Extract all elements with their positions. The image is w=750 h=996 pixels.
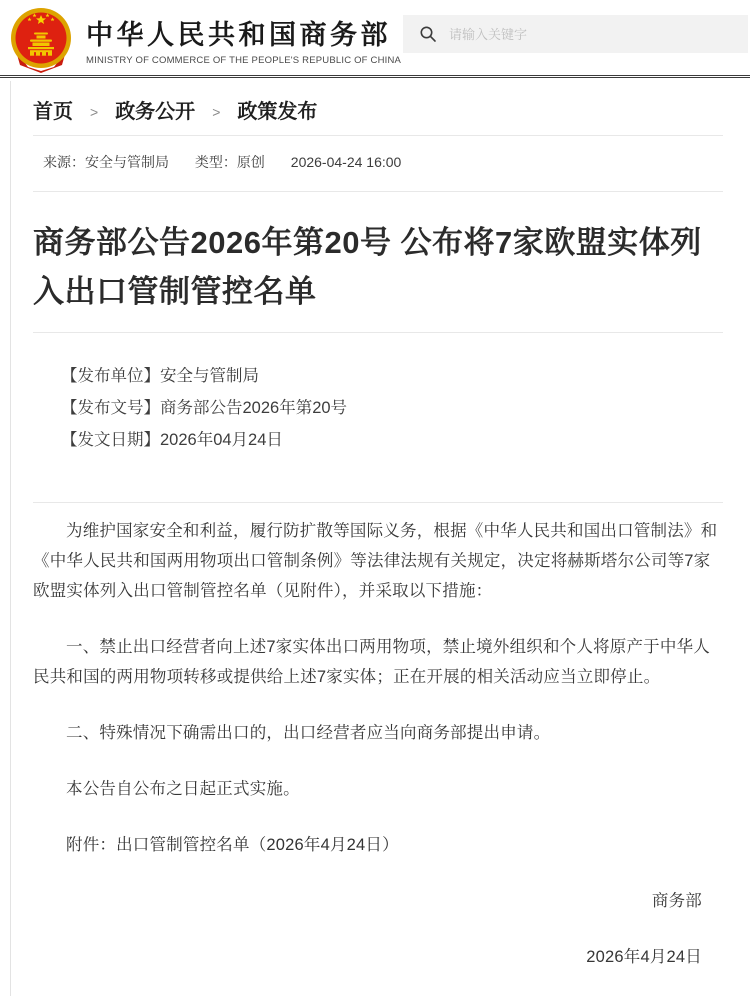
article-body: 为维护国家安全和利益，履行防扩散等国际义务，根据《中华人民共和国出口管制法》和《… <box>33 503 723 972</box>
info-line-issuing-unit: 【发布单位】安全与管制局 <box>61 360 723 392</box>
site-subtitle-en: MINISTRY OF COMMERCE OF THE PEOPLE'S REP… <box>86 55 401 66</box>
article-info-block: 【发布单位】安全与管制局 【发布文号】商务部公告2026年第20号 【发文日期】… <box>33 333 723 456</box>
paragraph-measure-1: 一、禁止出口经营者向上述7家实体出口两用物项，禁止境外组织和个人将原产于中华人民… <box>33 632 723 692</box>
national-emblem-logo <box>8 7 74 73</box>
left-border-line <box>10 81 11 996</box>
meta-type-value: 原创 <box>237 154 265 170</box>
meta-source-label: 来源： <box>43 154 85 170</box>
article-title: 商务部公告2026年第20号 公布将7家欧盟实体列入出口管制管控名单 <box>33 218 723 316</box>
breadcrumb: 首页 > 政务公开 > 政策发布 <box>33 78 723 135</box>
article-meta: 来源：安全与管制局 类型：原创 2026-04-24 16:00 <box>33 136 723 191</box>
search-box[interactable] <box>403 15 748 53</box>
breadcrumb-item-home[interactable]: 首页 <box>33 101 73 123</box>
breadcrumb-item-policy-release[interactable]: 政策发布 <box>237 101 317 123</box>
spacer <box>33 456 723 502</box>
attachment-link[interactable]: 附件：出口管制管控名单（2026年4月24日） <box>33 830 723 860</box>
meta-type: 类型：原创 <box>195 154 265 170</box>
site-title: 中华人民共和国商务部 <box>86 20 401 50</box>
meta-datetime: 2026-04-24 16:00 <box>291 154 402 170</box>
meta-source: 来源：安全与管制局 <box>43 154 169 170</box>
meta-source-value: 安全与管制局 <box>85 154 169 170</box>
brand-text: 中华人民共和国商务部 MINISTRY OF COMMERCE OF THE P… <box>86 14 401 66</box>
search-input[interactable] <box>449 27 736 42</box>
article-page: 首页 > 政务公开 > 政策发布 来源：安全与管制局 类型：原创 2026-04… <box>33 78 723 972</box>
meta-type-label: 类型： <box>195 154 237 170</box>
paragraph-effective: 本公告自公布之日起正式实施。 <box>33 774 723 804</box>
site-brand[interactable]: 中华人民共和国商务部 MINISTRY OF COMMERCE OF THE P… <box>8 7 401 73</box>
site-header: 中华人民共和国商务部 MINISTRY OF COMMERCE OF THE P… <box>0 0 750 78</box>
signature-date: 2026年4月24日 <box>33 942 702 972</box>
signature-name: 商务部 <box>33 886 702 916</box>
signature-block: 商务部 2026年4月24日 <box>33 886 723 972</box>
breadcrumb-item-gov-info[interactable]: 政务公开 <box>115 101 195 123</box>
info-line-issue-date: 【发文日期】2026年04月24日 <box>61 424 723 456</box>
search-icon <box>419 25 437 43</box>
paragraph-preamble: 为维护国家安全和利益，履行防扩散等国际义务，根据《中华人民共和国出口管制法》和《… <box>33 516 723 606</box>
page: 中华人民共和国商务部 MINISTRY OF COMMERCE OF THE P… <box>0 0 750 996</box>
info-line-document-number: 【发布文号】商务部公告2026年第20号 <box>61 392 723 424</box>
divider <box>33 191 723 192</box>
paragraph-measure-2: 二、特殊情况下确需出口的，出口经营者应当向商务部提出申请。 <box>33 718 723 748</box>
breadcrumb-separator-icon: > <box>90 101 98 123</box>
breadcrumb-separator-icon: > <box>212 101 220 123</box>
